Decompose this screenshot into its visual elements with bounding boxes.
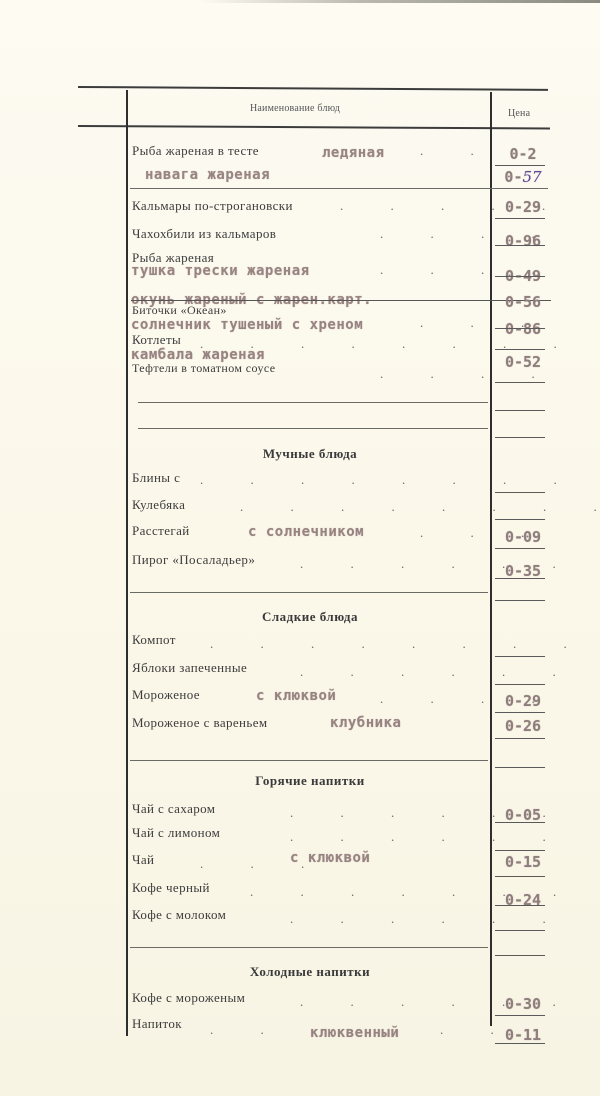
section-title-hot-drinks: Горячие напитки [130, 773, 490, 789]
left-column-border [126, 90, 128, 1036]
strike-through [131, 300, 551, 301]
stamp-text: с клюквой [256, 688, 336, 704]
price-underline [495, 578, 545, 579]
stamp-text: солнечник тушеный с хреном [131, 317, 363, 333]
menu-item: Расстегай [132, 523, 190, 539]
price-underline [495, 905, 545, 906]
price: 0-11 [498, 1026, 548, 1044]
header-bottom-border [78, 125, 550, 129]
paper-edge [200, 0, 600, 3]
price-underline [495, 767, 545, 768]
price-underline [495, 492, 545, 493]
menu-item: Мороженое с вареньем [132, 715, 268, 731]
leader-dots: . . . . [380, 366, 557, 382]
price-underline [495, 548, 545, 549]
price-underline [495, 276, 545, 277]
leader-dots: . . . . . . . . . . [200, 472, 600, 488]
price-underline [495, 165, 545, 166]
menu-item: Яблоки запеченные [132, 660, 247, 676]
leader-dots: . . . . . . . . . [210, 636, 600, 652]
menu-item: Рыба жареная в тесте [132, 143, 259, 159]
price: 0-30 [498, 995, 548, 1013]
price-underline [495, 930, 545, 931]
menu-item: Кофе с молоком [132, 907, 226, 923]
price: 0-96 [498, 232, 548, 250]
price-underline [495, 955, 545, 956]
price-underline [495, 349, 545, 350]
menu-item: Мороженое [132, 687, 200, 703]
leader-dots: . . . . . . [300, 664, 578, 680]
menu-item: Кулебяка [132, 497, 185, 513]
price: 0-24 [498, 891, 548, 909]
section-title-sweet: Сладкие блюда [130, 609, 490, 625]
row-divider [130, 188, 548, 189]
price: 0-2 [498, 145, 548, 163]
price-underline [495, 382, 545, 383]
stamp-text: ледяная [322, 145, 385, 161]
price: 0-29 [498, 198, 548, 216]
price: 0-57 [498, 168, 548, 186]
price-underline [495, 600, 545, 601]
price-underline [495, 876, 545, 877]
stamp-text: клюквенный [310, 1025, 399, 1041]
leader-dots: . . . . . . [290, 911, 568, 927]
price-underline [495, 1043, 545, 1044]
price-underline [495, 684, 545, 685]
price-underline [495, 850, 545, 851]
stamp-text: навага жареная [145, 167, 270, 183]
price: 0-09 [498, 528, 548, 546]
menu-item: Котлеты [132, 332, 181, 348]
menu-item: Блины с [132, 470, 180, 486]
menu-item: Тефтели в томатном соусе [132, 361, 275, 376]
leader-dots: . . . . . . [290, 829, 568, 845]
price-underline [495, 410, 545, 411]
price: 0-15 [498, 853, 548, 871]
menu-item: Чай с лимоном [132, 825, 220, 841]
menu-item: Чай [132, 852, 154, 868]
price-underline [495, 738, 545, 739]
price-underline [495, 656, 545, 657]
stamp-text: тушка трески жареная [131, 263, 310, 279]
price-column-header: Цена [508, 108, 530, 119]
price-underline [495, 712, 545, 713]
price-underline [495, 245, 545, 246]
menu-item: Компот [132, 632, 176, 648]
price-underline [495, 519, 545, 520]
stamp-text: клубника [330, 715, 401, 731]
price-underline [495, 822, 545, 823]
price-underline [495, 218, 545, 219]
section-title-flour: Мучные блюда [130, 446, 490, 462]
table-top-border [78, 86, 548, 90]
section-divider [130, 592, 488, 593]
menu-page: Наименование блюд Цена Рыба жареная в те… [0, 0, 600, 1096]
blank-row-line [138, 402, 488, 403]
menu-item: Кофе черный [132, 880, 210, 896]
menu-item: Чай с сахаром [132, 801, 215, 817]
stamp-text: с клюквой [290, 850, 370, 866]
section-title-cold-drinks: Холодные напитки [130, 964, 490, 980]
menu-item: Кальмары по-строгановски [132, 198, 293, 214]
handwritten-price: 57 [522, 168, 541, 186]
price-underline [495, 1015, 545, 1016]
menu-item: Кофе с мороженым [132, 990, 245, 1006]
dish-column-header: Наименование блюд [250, 103, 340, 114]
section-divider [130, 947, 488, 948]
section-divider [130, 760, 488, 761]
stamp-text: с солнечником [248, 524, 364, 540]
price: 0-26 [498, 717, 548, 735]
menu-item: Биточки «Океан» [132, 303, 227, 318]
blank-row-line [138, 428, 488, 429]
leader-dots: . . . . . . . . [240, 499, 600, 515]
price: 0-56 [498, 293, 548, 311]
menu-item: Чахохбили из кальмаров [132, 226, 276, 242]
price-underline [495, 328, 545, 329]
price: 0-29 [498, 692, 548, 710]
menu-item: Пирог «Посаладьер» [132, 552, 255, 568]
menu-item: Напиток [132, 1016, 182, 1032]
leader-dots: . . [210, 1022, 286, 1038]
price-underline [495, 437, 545, 438]
